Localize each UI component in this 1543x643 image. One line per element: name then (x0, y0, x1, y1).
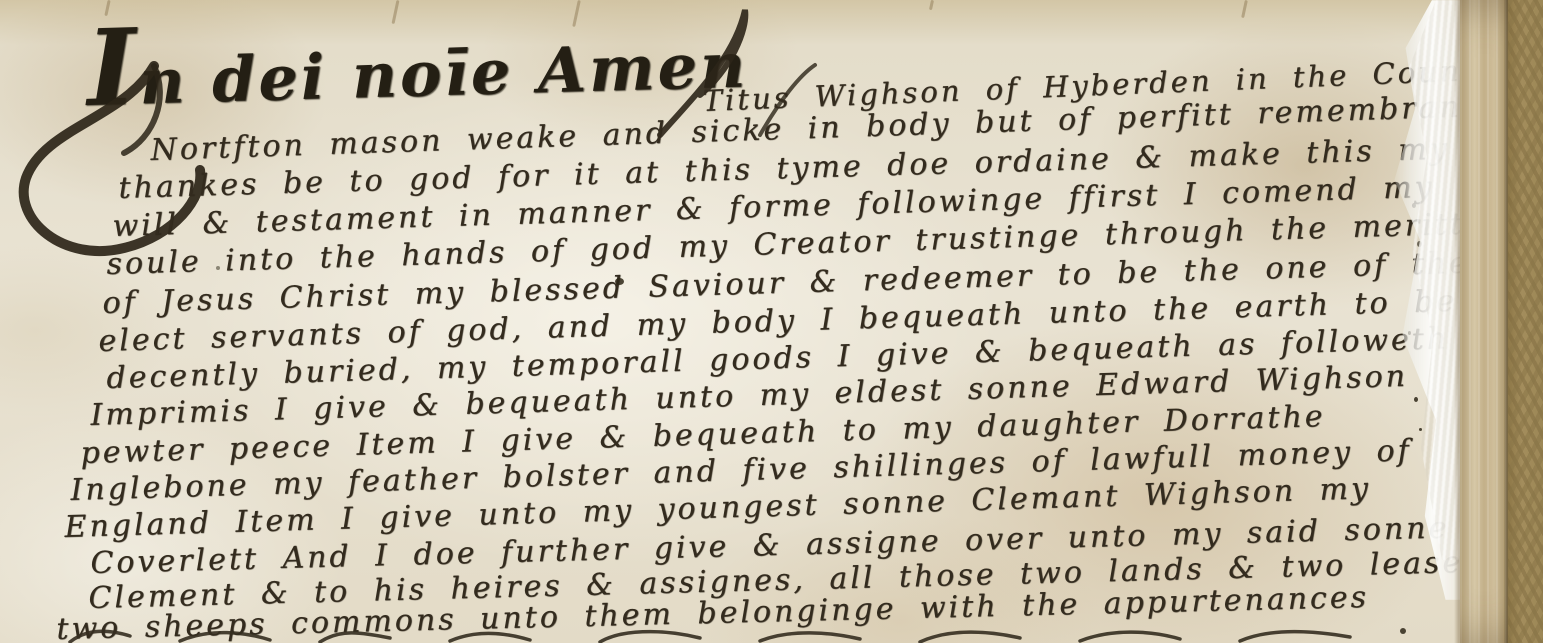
manuscript-photo: In dei noīe Amen Titus Wighson of Hyberd… (0, 0, 1543, 643)
ink-blot (1400, 628, 1406, 634)
ink-blot (216, 266, 220, 270)
binding-edge (1508, 0, 1543, 643)
incipit-heading: In dei noīe Amen (86, 20, 749, 120)
trimmed-stroke-mark (392, 0, 400, 24)
ink-blot (615, 278, 624, 285)
trimmed-stroke-mark (1241, 0, 1248, 18)
page-edge (1460, 0, 1508, 643)
trimmed-stroke-mark (572, 0, 581, 27)
ink-blot (1414, 397, 1418, 402)
trimmed-stroke-mark (929, 0, 934, 10)
ink-blot (1419, 428, 1422, 431)
